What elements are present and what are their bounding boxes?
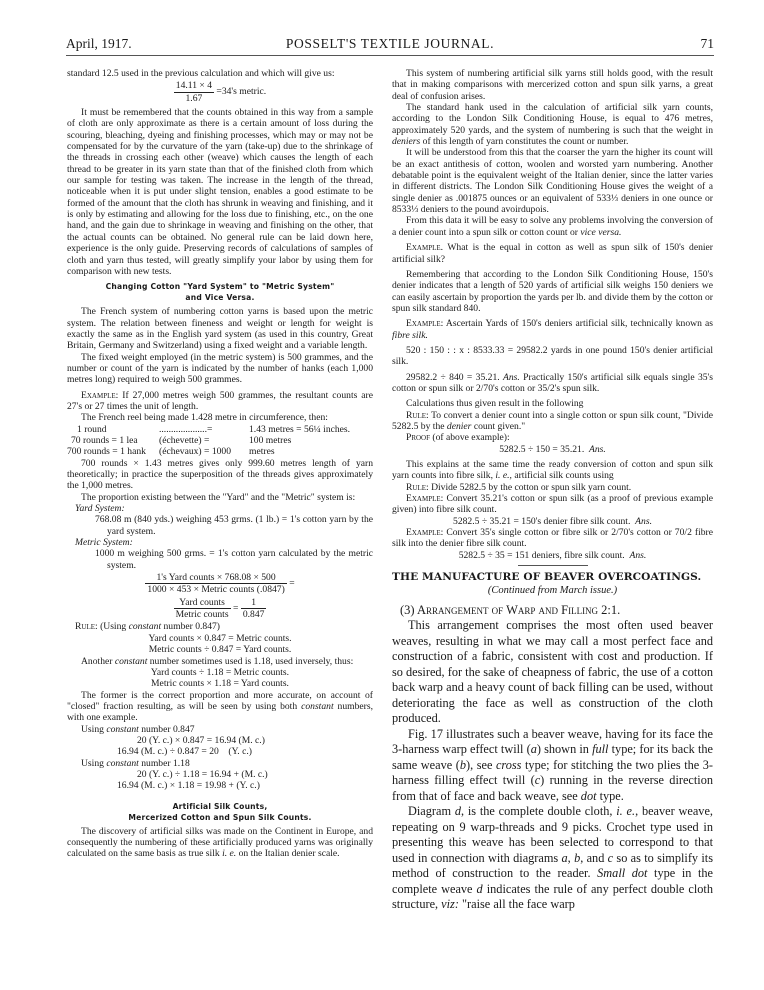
text: , and — [580, 851, 607, 865]
formula: 5282.5 ÷ 35.21 = 150's denier fibre silk… — [453, 516, 630, 527]
formula-line: 5282.5 ÷ 35 = 151 deniers, fibre silk co… — [392, 550, 713, 561]
text: The standard hank used in the calculatio… — [392, 102, 713, 136]
text: "raise all the face warp — [459, 897, 575, 911]
rule-paragraph: Rule: (Using constant number 0.847) — [67, 621, 373, 632]
calculation: 520 : 150 : : x : 8533.33 = 29582.2 yard… — [392, 345, 713, 368]
text: Using — [81, 724, 106, 735]
text: number 0.847 — [139, 724, 195, 735]
text: number 0.847) — [161, 621, 220, 632]
numerator: Yard counts — [174, 597, 231, 609]
formula-line: Metric counts ÷ 0.847 = Yard counts. — [67, 644, 373, 655]
article-title: THE MANUFACTURE OF BEAVER OVERCOATINGS. — [392, 572, 713, 583]
emphasis: viz: — [441, 897, 459, 911]
emphasis: i. e. — [616, 804, 635, 818]
formula-line: 5282.5 ÷ 35.21 = 150's denier fibre silk… — [392, 516, 713, 527]
rule-label: Rule: — [406, 482, 429, 493]
paragraph: The discovery of artificial silks was ma… — [67, 826, 373, 860]
paragraph: It must be remembered that the counts ob… — [67, 107, 373, 277]
paragraph: Using constant number 0.847 — [67, 724, 373, 735]
section-heading: Changing Cotton "Yard System" to "Metric… — [67, 281, 373, 303]
rule-label: Rule: — [406, 410, 429, 421]
paragraph: 700 rounds × 1.43 metres gives only 999.… — [67, 458, 373, 492]
paragraph: The French system of numbering cotton ya… — [67, 306, 373, 351]
emphasis: Small dot — [597, 866, 647, 880]
example-paragraph: Example: Convert 35.21's cotton or spun … — [392, 493, 713, 516]
example-label: Example: — [406, 527, 443, 538]
text: ), see — [466, 758, 496, 772]
example-paragraph: Example: If 27,000 metres weigh 500 gram… — [67, 390, 373, 413]
reel-table-cell: (échevaux) = 1000 — [159, 446, 249, 457]
numerator: 14.11 × 4 — [174, 80, 214, 92]
emphasis: constant — [106, 758, 139, 769]
paragraph: Calculations thus given result in the fo… — [392, 398, 713, 409]
example-label: Example: — [406, 493, 443, 504]
reel-table-cell: (échevette) = — [159, 435, 249, 446]
numerator: 1's Yard counts × 768.08 × 500 — [145, 572, 286, 584]
equation: 1's Yard counts × 768.08 × 5001000 × 453… — [67, 572, 373, 596]
equation: Yard countsMetric counts = 10.847 — [67, 597, 373, 621]
formula-line: 20 (Y. c.) ÷ 1.18 = 16.94 + (M. c.) — [67, 769, 373, 780]
denominator: 1.67 — [174, 93, 214, 104]
heading-line: Changing Cotton "Yard System" to "Metric… — [67, 281, 373, 292]
journal-title: POSSELT'S TEXTILE JOURNAL. — [66, 36, 714, 52]
reel-table-cell: 700 rounds = 1 hank — [67, 446, 159, 457]
header-rule — [66, 55, 714, 56]
rule-label: Rule: — [75, 621, 98, 632]
text: on the Italian denier scale. — [236, 848, 339, 859]
formula-line: 16.94 (M. c.) ÷ 0.847 = 20 (Y. c.) — [67, 746, 373, 757]
emphasis: fibre silk. — [392, 330, 428, 341]
emphasis: denier — [447, 421, 472, 432]
emphasis: i. e., — [495, 470, 512, 481]
denominator: Metric counts — [174, 609, 231, 620]
calculation: 29582.2 ÷ 840 = 35.21. Ans. Practically … — [392, 372, 713, 395]
text: (Using — [98, 621, 129, 632]
right-column: This system of numbering artificial silk… — [392, 68, 713, 913]
text: Divide 5282.5 by the cotton or spun silk… — [429, 482, 632, 493]
reel-table-cell: ....................= — [159, 424, 249, 435]
emphasis: full — [592, 742, 608, 756]
text: , is the complete double cloth, — [461, 804, 616, 818]
paragraph: 768.08 m (840 yds.) weighing 453 grms. (… — [67, 514, 373, 537]
reel-table-row: 700 rounds = 1 hank(échevaux) = 1000metr… — [67, 446, 373, 457]
text: 29582.2 ÷ 840 = 35.21. — [406, 372, 503, 383]
text: number sometimes used is 1.18, used inve… — [147, 656, 353, 667]
formula-line: Yard counts ÷ 1.18 = Metric counts. — [67, 667, 373, 678]
paragraph: The French reel being made 1.428 metre i… — [67, 412, 373, 423]
reel-table: 1 round....................=1.43 metres … — [67, 424, 373, 458]
answer-label: Ans. — [503, 372, 520, 383]
formula: 5282.5 ÷ 150 = 35.21. — [499, 444, 584, 455]
text: To convert a denier count into a single … — [392, 410, 713, 432]
yard-system-label: Yard System: — [75, 503, 125, 514]
formula-line: Yard counts × 0.847 = Metric counts. — [67, 633, 373, 644]
equation-result: = — [289, 578, 294, 589]
reel-table-cell: 100 metres — [249, 435, 373, 446]
article-body: (3) Arrangement of Warp and Filling 2:1.… — [392, 603, 713, 913]
reel-table-cell: 1.43 metres = 56¼ inches. — [249, 424, 373, 435]
left-column: standard 12.5 used in the previous calcu… — [67, 68, 373, 860]
example-label: Example: — [406, 318, 443, 329]
text: ) shown in — [537, 742, 592, 756]
denominator: 1000 × 453 × Metric counts (.0847) — [145, 584, 286, 595]
formula-line: Metric counts × 1.18 = Yard counts. — [67, 678, 373, 689]
formula-line: 20 (Y. c.) × 0.847 = 16.94 (M. c.) — [67, 735, 373, 746]
example-text: Ascertain Yards of 150's deniers artific… — [443, 318, 713, 329]
text: type. — [597, 789, 624, 803]
paragraph: The fixed weight employed (in the metric… — [67, 352, 373, 386]
reel-table-cell: metres — [249, 446, 373, 457]
text: From this data it will be easy to solve … — [392, 215, 713, 237]
reel-table-row: 70 rounds = 1 lea(échevette) =100 metres — [67, 435, 373, 446]
text: count given." — [471, 421, 525, 432]
heading-line: Mercerized Cotton and Spun Silk Counts. — [67, 812, 373, 823]
text: Diagram — [408, 804, 455, 818]
emphasis: constant — [106, 724, 139, 735]
emphasis: dot — [581, 789, 597, 803]
paragraph: standard 12.5 used in the previous calcu… — [67, 68, 373, 79]
answer-label: Ans. — [589, 444, 606, 455]
emphasis: i. e. — [222, 848, 236, 859]
paragraph: Another constant number sometimes used i… — [67, 656, 373, 667]
text: Another — [81, 656, 115, 667]
text: artificial silk counts using — [512, 470, 614, 481]
answer-label: Ans. — [630, 550, 647, 561]
paragraph: The proportion existing between the "Yar… — [67, 492, 373, 503]
answer-label: Ans. — [635, 516, 652, 527]
paragraph: This arrangement comprises the most ofte… — [392, 618, 713, 727]
formula-line: 16.94 (M. c.) × 1.18 = 19.98 + (Y. c.) — [67, 780, 373, 791]
page-header: April, 1917. POSSELT'S TEXTILE JOURNAL. … — [66, 36, 714, 56]
paragraph: Fig. 17 illustrates such a beaver weave,… — [392, 727, 713, 805]
heading-line: Artificial Silk Counts, — [67, 801, 373, 812]
paragraph: Remembering that according to the London… — [392, 269, 713, 314]
paragraph: Diagram d, is the complete double cloth,… — [392, 804, 713, 913]
text: (of above example): — [430, 432, 510, 443]
paragraph: Using constant number 1.18 — [67, 758, 373, 769]
example-label: Example. — [406, 242, 443, 253]
reel-table-cell: 70 rounds = 1 lea — [67, 435, 159, 446]
paragraph: The standard hank used in the calculatio… — [392, 102, 713, 147]
paragraph: The former is the correct proportion and… — [67, 690, 373, 724]
reel-table-cell: 1 round — [67, 424, 159, 435]
subheading: Metric System: — [67, 537, 373, 548]
text: number 1.18 — [139, 758, 190, 769]
page-number: 71 — [701, 36, 715, 52]
formula-line: 5282.5 ÷ 150 = 35.21. Ans. — [392, 444, 713, 455]
metric-system-label: Metric System: — [75, 537, 133, 548]
reel-table-row: 1 round....................=1.43 metres … — [67, 424, 373, 435]
emphasis: deniers — [392, 136, 420, 147]
section-heading: (3) Arrangement of Warp and Filling 2:1. — [392, 603, 713, 619]
example-paragraph: Example: Convert 35's single cotton or f… — [392, 527, 713, 550]
text: of this length of yarn constitutes the c… — [420, 136, 628, 147]
section-heading: Artificial Silk Counts, Mercerized Cotto… — [67, 801, 373, 823]
paragraph: It will be understood from this that the… — [392, 147, 713, 215]
emphasis: constant — [129, 621, 162, 632]
paragraph: This system of numbering artificial silk… — [392, 68, 713, 102]
subheading: Yard System: — [67, 503, 373, 514]
heading-line: and Vice Versa. — [67, 292, 373, 303]
paragraph: This explains at the same time the ready… — [392, 459, 713, 482]
denominator: 0.847 — [241, 609, 267, 620]
proof-paragraph: Proof (of above example): — [392, 432, 713, 443]
text: Using — [81, 758, 106, 769]
emphasis: vice versa. — [580, 227, 621, 238]
example-label: Example: — [81, 390, 118, 401]
example-paragraph: Example. What is the equal in cotton as … — [392, 242, 713, 265]
emphasis: constant — [301, 701, 334, 712]
equation-result: =34's metric. — [216, 86, 266, 97]
rule-paragraph: Rule: Divide 5282.5 by the cotton or spu… — [392, 482, 713, 493]
emphasis: cross — [496, 758, 522, 772]
article-subtitle: (Continued from March issue.) — [392, 585, 713, 596]
equals: = — [233, 603, 238, 614]
section-divider — [518, 565, 588, 566]
example-paragraph: Example: Ascertain Yards of 150's denier… — [392, 318, 713, 341]
numerator: 1 — [241, 597, 267, 609]
paragraph: From this data it will be easy to solve … — [392, 215, 713, 238]
paragraph: 1000 m weighing 500 grms. = 1's cotton y… — [67, 548, 373, 571]
formula: 5282.5 ÷ 35 = 151 deniers, fibre silk co… — [459, 550, 625, 561]
proof-label: Proof — [406, 432, 430, 443]
rule-paragraph: Rule: To convert a denier count into a s… — [392, 410, 713, 433]
emphasis: constant — [115, 656, 148, 667]
equation: 14.11 × 41.67 =34's metric. — [67, 80, 373, 104]
